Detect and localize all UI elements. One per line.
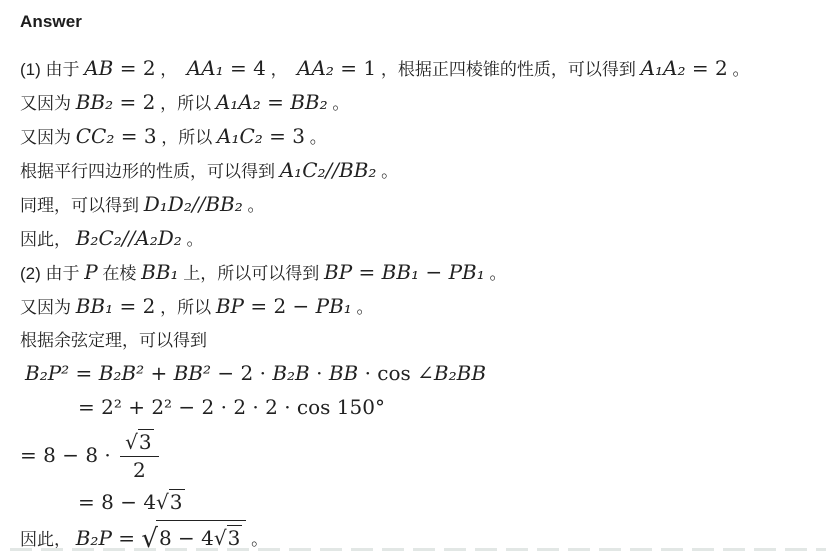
math-segment: = 2 <box>113 56 155 80</box>
line-2: 又因为 BB₂ = 2 ，所以 A₁A₂ = BB₂ 。 <box>20 86 820 120</box>
text-segment: (2) 由于 <box>20 264 84 283</box>
math-segment: BB₂ <box>290 90 327 114</box>
text-segment: 。 <box>182 230 204 249</box>
sqrt-small: √3 <box>156 494 184 513</box>
math-segment: = 2 <box>113 90 155 114</box>
math-segment: BB <box>329 361 358 385</box>
math-segment: B₂P² <box>25 361 69 385</box>
math-segment: A₁C₂//BB₂ <box>280 158 377 182</box>
math-segment: = 2² + 2² − 2 · 2 · 2 · cos 150° <box>78 395 385 419</box>
math-segment: = 8 − 8 · <box>20 443 117 467</box>
text-segment: ，根据正四棱锥的性质，可以得到 <box>376 60 640 79</box>
text-segment: ，所以 <box>157 128 217 147</box>
radical-sign-icon: √ <box>156 490 169 514</box>
line-3: 又因为 CC₂ = 3 ，所以 A₁C₂ = 3 。 <box>20 120 820 154</box>
math-segment: B₂B <box>272 361 309 385</box>
radicand: 8 − 4√3 <box>156 520 246 551</box>
math-segment: AB <box>84 56 113 80</box>
math-segment: BB₂ <box>76 90 113 114</box>
text-segment: ，所以 <box>155 94 215 113</box>
math-segment: A₁A₂ <box>216 90 261 114</box>
answer-body: (1) 由于 AB = 2 ， AA₁ = 4 ， AA₂ = 1 ，根据正四棱… <box>20 52 820 551</box>
math-segment: BB₁ <box>76 294 113 318</box>
math-segment: = 8 − 4 <box>78 490 156 514</box>
radicand: 3 <box>138 429 154 454</box>
math-segment: B₂BB <box>434 361 486 385</box>
math-segment: AA₂ <box>297 56 334 80</box>
text-segment: 在棱 <box>98 264 141 283</box>
math-segment: = 2 <box>113 294 155 318</box>
fraction-denominator: 2 <box>120 457 158 482</box>
text-segment: 。 <box>243 196 265 215</box>
text-segment: 根据平行四边形的性质，可以得到 <box>20 162 280 181</box>
line-14: 因此， B₂P = √8 − 4√3 。 <box>20 520 820 551</box>
radical-sign-icon: √ <box>125 430 138 454</box>
fraction: √32 <box>120 431 158 482</box>
math-segment: B₂B² <box>99 361 144 385</box>
text-segment: 因此， <box>20 230 76 249</box>
text-segment: 。 <box>485 264 507 283</box>
answer-heading: Answer <box>20 12 820 32</box>
math-segment: = 1 <box>334 56 376 80</box>
sqrt-small: √3 <box>125 434 153 453</box>
math-segment: B₂P <box>76 526 112 550</box>
sqrt-small: √3 <box>214 530 242 549</box>
math-segment: PB₁ <box>449 260 485 284</box>
math-segment: P <box>84 260 97 284</box>
math-segment: + <box>144 361 173 385</box>
radical-sign-icon: √ <box>214 526 227 550</box>
math-segment: BB₁ <box>141 260 178 284</box>
equation-line-3: = 8 − 8 · √32 <box>20 431 820 482</box>
math-segment: A₁C₂ <box>217 124 263 148</box>
math-segment: 8 − 4 <box>159 526 214 550</box>
math-segment: BB₁ <box>382 260 419 284</box>
math-segment: = <box>261 90 290 114</box>
math-segment: B₂C₂//A₂D₂ <box>76 226 182 250</box>
text-segment: 。 <box>246 530 268 549</box>
text-segment: 。 <box>376 162 398 181</box>
math-segment: − <box>419 260 448 284</box>
math-segment: D₁D₂//BB₂ <box>144 192 243 216</box>
math-segment: = 3 <box>114 124 156 148</box>
math-segment: BP <box>216 294 244 318</box>
line-1: (1) 由于 AB = 2 ， AA₁ = 4 ， AA₂ = 1 ，根据正四棱… <box>20 52 820 86</box>
text-segment: 。 <box>352 298 374 317</box>
text-segment: 又因为 <box>20 94 76 113</box>
math-segment: A₁A₂ <box>641 56 686 80</box>
line-7: (2) 由于 P 在棱 BB₁ 上，所以可以得到 BP = BB₁ − PB₁ … <box>20 256 820 290</box>
text-segment: 。 <box>305 128 327 147</box>
line-5: 同理，可以得到 D₁D₂//BB₂ 。 <box>20 188 820 222</box>
text-segment: 同理，可以得到 <box>20 196 144 215</box>
radicand: 3 <box>227 525 243 550</box>
text-segment: 又因为 <box>20 298 76 317</box>
math-segment: = <box>112 526 141 550</box>
math-segment: CC₂ <box>76 124 115 148</box>
text-segment: (1) 由于 <box>20 60 84 79</box>
math-segment: PB₁ <box>316 294 352 318</box>
equation-line-1: B₂P² = B₂B² + BB² − 2 · B₂B · BB · cos ∠… <box>25 357 820 391</box>
sqrt-expression: √8 − 4√3 <box>141 530 246 549</box>
math-segment: BB² <box>174 361 211 385</box>
equation-line-2: = 2² + 2² − 2 · 2 · 2 · cos 150° <box>78 391 820 425</box>
text-segment: 根据余弦定理，可以得到 <box>20 331 207 350</box>
math-segment: BP <box>324 260 352 284</box>
text-segment: 上，所以可以得到 <box>179 264 324 283</box>
line-4: 根据平行四边形的性质，可以得到 A₁C₂//BB₂ 。 <box>20 154 820 188</box>
math-segment: = 4 <box>224 56 266 80</box>
fraction-numerator: √3 <box>120 431 158 457</box>
math-segment: 2 <box>133 458 146 482</box>
line-6: 因此， B₂C₂//A₂D₂ 。 <box>20 222 820 256</box>
line-8: 又因为 BB₁ = 2 ，所以 BP = 2 − PB₁ 。 <box>20 290 820 324</box>
math-segment: = <box>69 361 98 385</box>
radicand: 3 <box>169 489 185 514</box>
equation-line-4: = 8 − 4√3 <box>78 486 820 520</box>
math-segment: − 2 · <box>211 361 272 385</box>
math-segment: = 2 − <box>244 294 316 318</box>
text-segment: ， <box>156 60 187 79</box>
math-segment: AA₁ <box>187 56 224 80</box>
text-segment: ， <box>266 60 297 79</box>
math-segment: · cos ∠ <box>358 361 434 385</box>
text-segment: 。 <box>728 60 750 79</box>
math-segment: = 2 <box>686 56 728 80</box>
text-segment: 又因为 <box>20 128 76 147</box>
answer-document: Answer (1) 由于 AB = 2 ， AA₁ = 4 ， AA₂ = 1… <box>0 0 826 551</box>
text-segment: 。 <box>328 94 350 113</box>
math-segment: = <box>352 260 381 284</box>
line-9: 根据余弦定理，可以得到 <box>20 324 820 357</box>
math-segment: = 3 <box>263 124 305 148</box>
text-segment: ，所以 <box>155 298 215 317</box>
math-segment: · <box>310 361 329 385</box>
text-segment: 因此， <box>20 530 76 549</box>
